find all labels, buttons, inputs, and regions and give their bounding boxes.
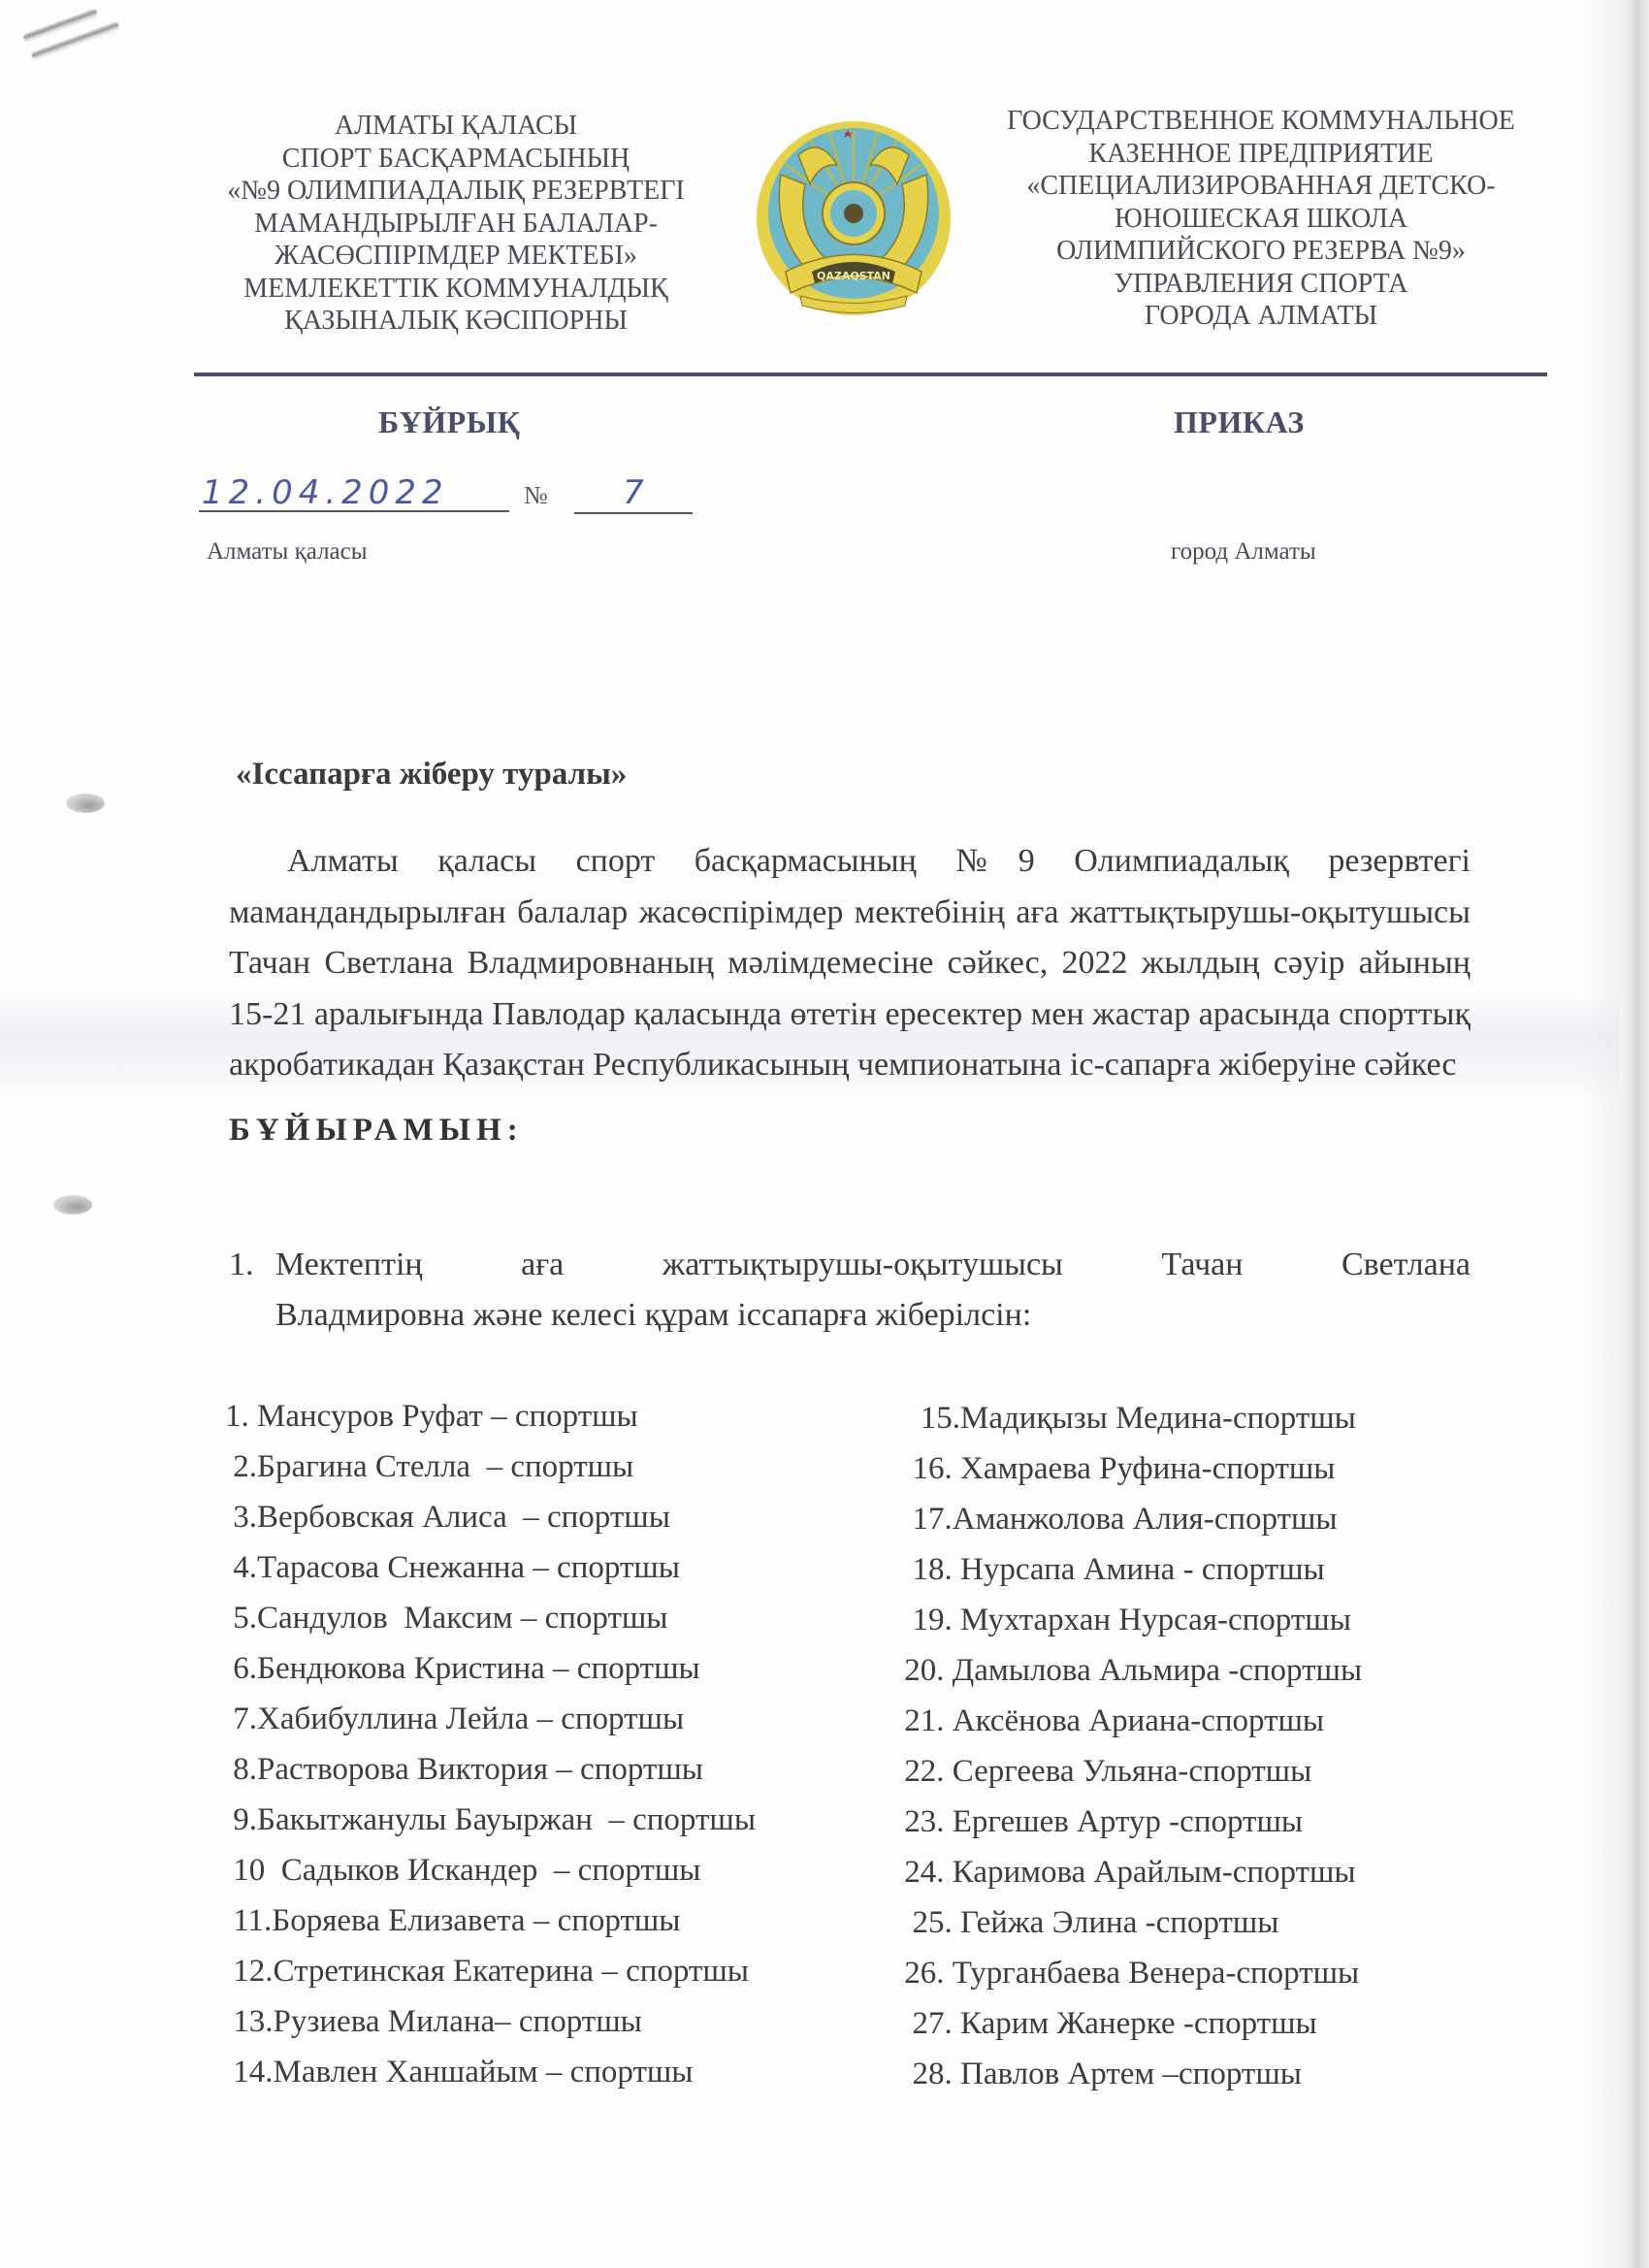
order-title-ru: ПРИКАЗ [1174, 405, 1305, 440]
clause-1: 1. Мектептің аға жаттықтырушы-оқытушысы … [229, 1240, 1471, 1341]
letterhead-ru-line: ОЛИМПИЙСКОГО РЕЗЕРВА №9» [965, 235, 1557, 268]
list-item: 27. Карим Жанерке -спортшы [896, 1998, 1362, 2049]
list-item: 4.Тарасова Снежанна – спортшы [225, 1542, 756, 1593]
page-edge-shadow [1620, 0, 1649, 2268]
order-title-kz: БҰЙРЫҚ [378, 405, 520, 440]
list-item: 9.Бакытжанулы Бауыржан – спортшы [225, 1795, 756, 1845]
letterhead-divider [194, 373, 1547, 376]
number-sign: № [524, 481, 548, 510]
list-item: 15.Мадиқызы Медина-спортшы [896, 1393, 1362, 1443]
clause-number: 1. [229, 1240, 254, 1290]
kazakhstan-state-emblem-icon: QAZAQSTAN [752, 116, 955, 320]
list-item: 25. Гейжа Элина -спортшы [896, 1897, 1362, 1948]
letterhead-kz-line: СПОРТ БАСҚАРМАСЫНЫҢ [218, 143, 694, 176]
letterhead-kz-line: МАМАНДЫРЫЛҒАН БАЛАЛАР- [218, 208, 694, 241]
list-item: 5.Сандулов Максим – спортшы [225, 1593, 756, 1643]
list-item: 16. Хамраева Руфина-спортшы [896, 1443, 1362, 1494]
list-item: 23. Ергешев Артур -спортшы [896, 1797, 1362, 1847]
decree-heading: БҰЙЫРАМЫН: [229, 1113, 524, 1149]
letterhead-kz-line: АЛМАТЫ ҚАЛАСЫ [218, 110, 694, 143]
athlete-list-left: 1. Мансуров Руфат – спортшы 2.Брагина Ст… [225, 1391, 756, 2097]
list-item: 20. Дамылова Альмира -спортшы [896, 1645, 1362, 1696]
letterhead-ru-line: ГОРОДА АЛМАТЫ [965, 300, 1557, 333]
list-item: 26. Турганбаева Венера-спортшы [896, 1948, 1362, 1998]
list-item: 19. Мухтархан Нурсая-спортшы [896, 1595, 1362, 1645]
punch-hole-icon [53, 1195, 92, 1215]
letterhead-ru-line: ЮНОШЕСКАЯ ШКОЛА [965, 203, 1557, 236]
list-item: 14.Мавлен Ханшайым – спортшы [225, 2047, 756, 2097]
letterhead-ru-line: ГОСУДАРСТВЕННОЕ КОММУНАЛЬНОЕ [965, 105, 1557, 138]
athlete-list-right: 15.Мадиқызы Медина-спортшы 16. Хамраева … [896, 1393, 1362, 2099]
list-item: 13.Рузиева Милана– спортшы [225, 1996, 756, 2047]
letterhead-kz-line: МЕМЛЕКЕТТІК КОММУНАЛДЫҚ [218, 273, 694, 306]
order-preamble: Алматы қаласы спорт басқармасының №9 Оли… [229, 836, 1471, 1091]
letterhead-ru-line: КАЗЕННОЕ ПРЕДПРИЯТИЕ [965, 138, 1557, 171]
letterhead-kz-line: «№9 ОЛИМПИАДАЛЫҚ РЕЗЕРВТЕГІ [218, 175, 694, 208]
list-item: 1. Мансуров Руфат – спортшы [225, 1391, 756, 1442]
order-subject: «Іссапарға жіберу туралы» [236, 757, 627, 793]
clause-line: Владмировна және келесі құрам іссапарға … [275, 1290, 1471, 1341]
list-item: 6.Бендюкова Кристина – спортшы [225, 1643, 756, 1694]
list-item: 22. Сергеева Ульяна-спортшы [896, 1746, 1362, 1797]
list-item: 7.Хабибуллина Лейла – спортшы [225, 1694, 756, 1744]
letterhead-ru-line: «СПЕЦИАЛИЗИРОВАННАЯ ДЕТСКО- [965, 170, 1557, 203]
letterhead-kz-line: ҚАЗЫНАЛЫҚ КӘСІПОРНЫ [218, 305, 694, 338]
list-item: 12.Стретинская Екатерина – спортшы [225, 1946, 756, 1996]
punch-hole-icon [66, 794, 105, 813]
list-item: 8.Растворова Виктория – спортшы [225, 1744, 756, 1795]
order-date-field: 12.04.2022 [199, 475, 509, 512]
list-item: 18. Нурсапа Амина - спортшы [896, 1544, 1362, 1595]
clause-line: Мектептің аға жаттықтырушы-оқытушысы Тач… [275, 1240, 1471, 1290]
list-item: 17.Аманжолова Алия-спортшы [896, 1494, 1362, 1544]
list-item: 3.Вербовская Алиса – спортшы [225, 1492, 756, 1542]
list-item: 28. Павлов Артем –спортшы [896, 2049, 1362, 2099]
list-item: 21. Аксёнова Ариана-спортшы [896, 1696, 1362, 1746]
clause-text: Мектептің аға жаттықтырушы-оқытушысы Тач… [275, 1240, 1471, 1341]
city-ru: город Алматы [1171, 538, 1316, 566]
list-item: 10 Садыков Искандер – спортшы [225, 1845, 756, 1895]
list-item: 11.Боряева Елизавета – спортшы [225, 1895, 756, 1946]
letterhead-kz-line: ЖАСӨСПІРІМДЕР МЕКТЕБІ» [218, 240, 694, 273]
emblem-label: QAZAQSTAN [817, 270, 890, 282]
letterhead-kz: АЛМАТЫ ҚАЛАСЫ СПОРТ БАСҚАРМАСЫНЫҢ «№9 ОЛ… [218, 110, 694, 338]
letterhead-ru-line: УПРАВЛЕНИЯ СПОРТА [965, 268, 1557, 301]
letterhead-ru: ГОСУДАРСТВЕННОЕ КОММУНАЛЬНОЕ КАЗЕННОЕ ПР… [965, 105, 1557, 333]
list-item: 24. Каримова Арайлым-спортшы [896, 1847, 1362, 1897]
city-kz: Алматы қаласы [207, 538, 368, 566]
order-number-field: 7 [574, 475, 693, 514]
list-item: 2.Брагина Стелла – спортшы [225, 1442, 756, 1492]
